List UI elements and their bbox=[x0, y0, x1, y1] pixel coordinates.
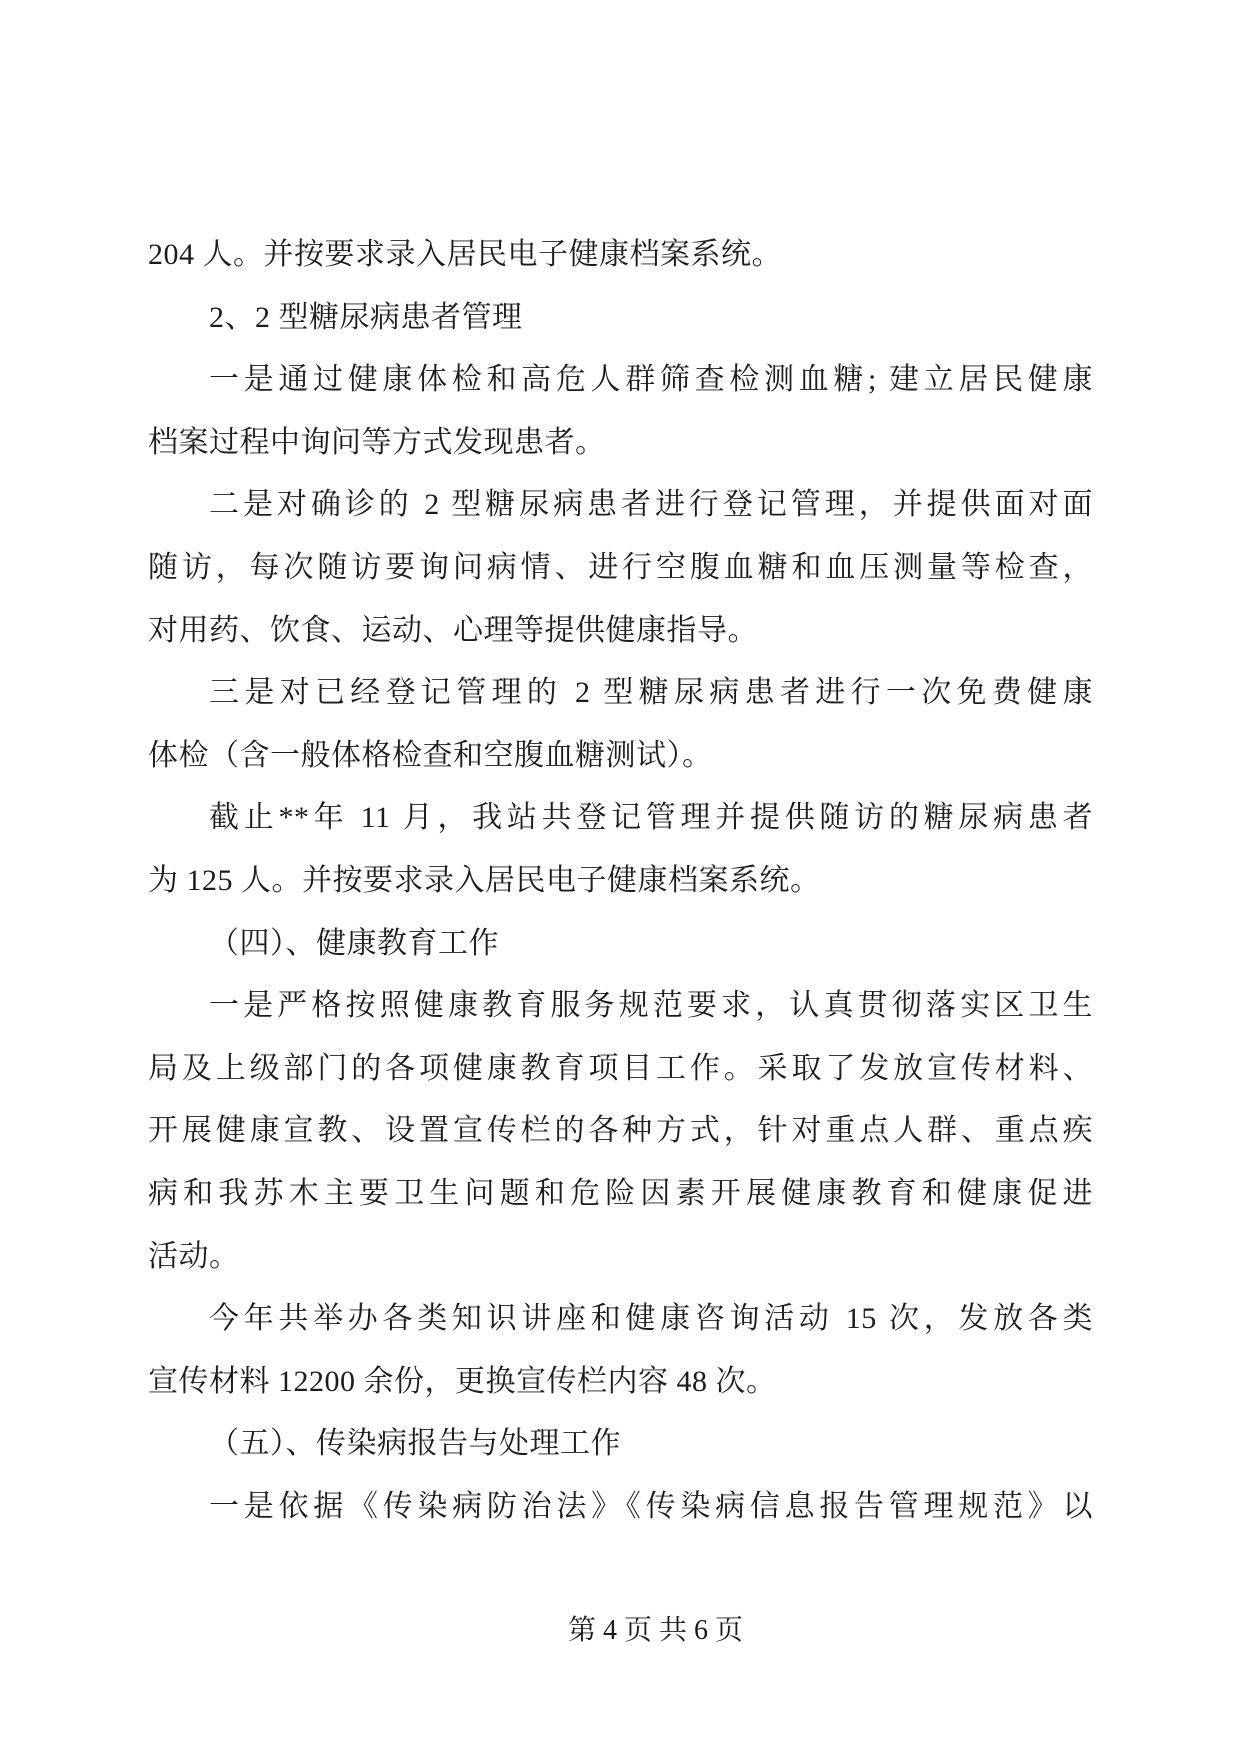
text-line: 一是依据《传染病防治法》《传染病信息报告管理规范》以 bbox=[148, 1476, 1093, 1539]
document-page: 204 人。并按要求录入居民电子健康档案系统。2、2 型糖尿病患者管理一是通过健… bbox=[0, 0, 1241, 1754]
text-line: 三是对已经登记管理的 2 型糖尿病患者进行一次免费健康 bbox=[148, 662, 1093, 725]
text-line: 二是对确诊的 2 型糖尿病患者进行登记管理，并提供面对面 bbox=[148, 474, 1093, 537]
text-line: 活动。 bbox=[148, 1226, 1093, 1289]
text-line: （五）、传染病报告与处理工作 bbox=[148, 1413, 1093, 1476]
text-line: 为 125 人。并按要求录入居民电子健康档案系统。 bbox=[148, 850, 1093, 913]
text-line: 宣传材料 12200 余份，更换宣传栏内容 48 次。 bbox=[148, 1351, 1093, 1414]
text-line: 今年共举办各类知识讲座和健康咨询活动 15 次，发放各类 bbox=[148, 1288, 1093, 1351]
text-line: 对用药、饮食、运动、心理等提供健康指导。 bbox=[148, 600, 1093, 663]
text-line: 体检（含一般体格检查和空腹血糖测试）。 bbox=[148, 725, 1093, 788]
text-line: 档案过程中询问等方式发现患者。 bbox=[148, 412, 1093, 475]
text-line: 开展健康宣教、设置宣传栏的各种方式，针对重点人群、重点疾 bbox=[148, 1100, 1093, 1163]
text-line: 一是严格按照健康教育服务规范要求，认真贯彻落实区卫生 bbox=[148, 975, 1093, 1038]
text-line: 病和我苏木主要卫生问题和危险因素开展健康教育和健康促进 bbox=[148, 1163, 1093, 1226]
text-line: （四）、健康教育工作 bbox=[148, 913, 1093, 976]
text-line: 一是通过健康体检和高危人群筛查检测血糖; 建立居民健康 bbox=[148, 349, 1093, 412]
text-line: 2、2 型糖尿病患者管理 bbox=[148, 287, 1093, 350]
text-line: 204 人。并按要求录入居民电子健康档案系统。 bbox=[148, 224, 1093, 287]
page-footer: 第 4 页 共 6 页 bbox=[568, 1616, 743, 1646]
document-text-block: 204 人。并按要求录入居民电子健康档案系统。2、2 型糖尿病患者管理一是通过健… bbox=[148, 224, 1093, 1538]
text-line: 随访，每次随访要询问病情、进行空腹血糖和血压测量等检查， bbox=[148, 537, 1093, 600]
text-line: 局及上级部门的各项健康教育项目工作。采取了发放宣传材料、 bbox=[148, 1038, 1093, 1101]
text-line: 截止**年 11 月，我站共登记管理并提供随访的糖尿病患者 bbox=[148, 787, 1093, 850]
